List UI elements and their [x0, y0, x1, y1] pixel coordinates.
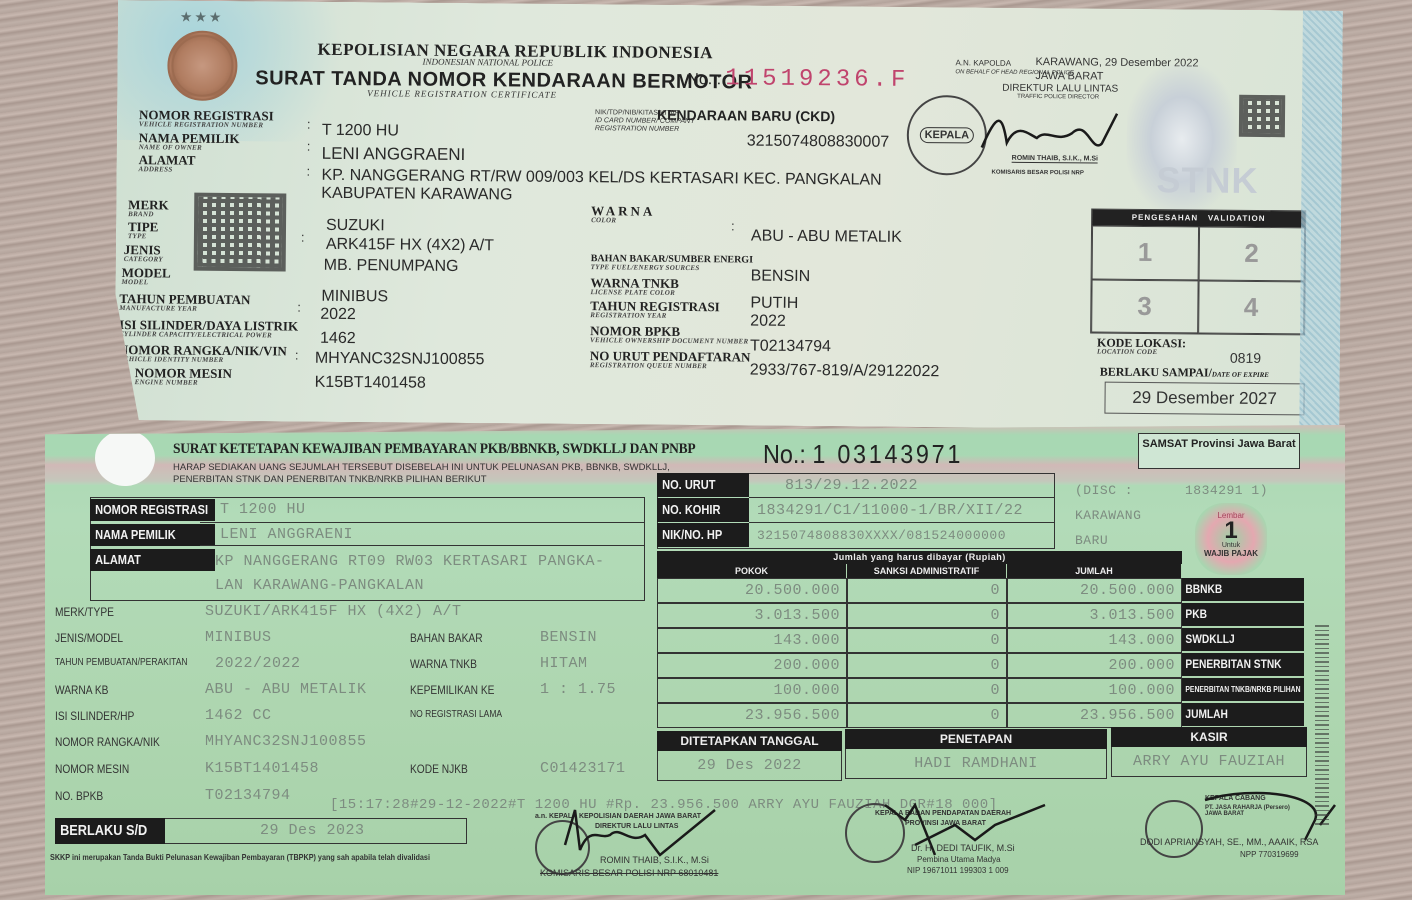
payment-jumlah: 143.000 — [1007, 628, 1182, 653]
engine-number: K15BT1401458 — [315, 374, 426, 393]
skkp-tax-receipt: SURAT KETETAPAN KEWAJIBAN PEMBAYARAN PKB… — [45, 425, 1345, 895]
vehicle-field-label: WARNA KB — [55, 683, 108, 697]
label-address: ALAMATADDRESS — [138, 153, 195, 173]
approval-date-value: 29 Des 2022 — [657, 751, 842, 781]
vin: MHYANC32SNJ100855 — [315, 350, 485, 369]
payment-caption: Jumlah yang harus dibayar (Rupiah) — [657, 551, 1182, 564]
label-vin: NOMOR RANGKA/NIK/VINVEHICLE IDENTITY NUM… — [119, 343, 287, 364]
side-barcode-icon — [1315, 625, 1329, 825]
sheet-badge-line: Untuk — [1195, 542, 1267, 549]
vehicle-field-label: NO. BPKB — [55, 789, 103, 803]
payment-sanksi: 0 — [847, 703, 1007, 728]
footer-note: SKKP ini merupakan Tanda Bukti Pelunasan… — [50, 852, 430, 862]
colon: : — [306, 164, 310, 179]
colon: : — [297, 300, 301, 315]
label-no-kohir: NO. KOHIR — [657, 498, 749, 522]
assessor-label: PENETAPAN — [845, 729, 1107, 749]
kohir-number: 1834291/C1/11000-1/BR/XII/22 — [757, 502, 1023, 519]
punch-hole — [95, 430, 155, 486]
colon: : — [301, 230, 305, 245]
assessor-value: HADI RAMDHANI — [845, 749, 1107, 779]
payment-row: 143.0000143.000SWDKLLJ — [657, 628, 1304, 653]
signatory-3-name: DODI APRIANSYAH, SE., MM., AAAIK, RSA — [1140, 837, 1318, 847]
vehicle-field-value: ABU - ABU METALIK — [205, 681, 367, 698]
signatory-1-id: KOMISARIS BESAR POLISI NRP 68010481 — [540, 868, 718, 878]
vehicle-field-label: ISI SILINDER/HP — [55, 709, 134, 723]
payment-sanksi: 0 — [847, 603, 1007, 628]
stars-icon: ★★★ — [180, 9, 224, 26]
qr-code-icon — [194, 193, 287, 272]
label-cylinder: ISI SILINDER/DAYA LISTRIKCYLINDER CAPACI… — [119, 318, 298, 340]
payment-row: 20.500.000020.500.000BBNKB — [657, 578, 1304, 603]
vehicle-status: KENDARAAN BARU (CKD) — [657, 107, 835, 125]
vehicle-field-value: 2022/2022 — [215, 655, 301, 672]
payment-pokok: 143.000 — [657, 628, 847, 653]
label-no-urut: NO. URUT — [657, 473, 749, 497]
vehicle-field-label: KEPEMILIKAN KE — [410, 683, 494, 697]
validation-table: PENGESAHAN VALIDATION 1 2 3 4 — [1090, 209, 1306, 336]
label-nama-pemilik: NAMA PEMILIK — [90, 524, 215, 546]
vehicle-field-label: TAHUN PEMBUATAN/PERAKITAN — [55, 657, 188, 668]
address-line2: LAN KARAWANG-PANGKALAN — [215, 577, 424, 594]
payment-rows: 20.500.000020.500.000BBNKB3.013.50003.01… — [657, 578, 1304, 728]
police-emblem-icon — [167, 30, 238, 101]
queue-number: 813/29.12.2022 — [785, 477, 918, 494]
issuer-position-en: TRAFFIC POLICE DIRECTOR — [1017, 94, 1099, 101]
label-owner-name: NAMA PEMILIKNAME OF OWNER — [139, 131, 240, 152]
registration-kind: BARU — [1075, 533, 1108, 548]
payment-pokok: 100.000 — [657, 678, 847, 703]
skkp-note: HARAP SEDIAKAN UANG SEJUMLAH TERSEBUT DI… — [173, 462, 673, 486]
label-registration-year: TAHUN REGISTRASIREGISTRATION YEAR — [590, 299, 720, 320]
vehicle-field-value: C01423171 — [540, 760, 626, 777]
color: ABU - ABU METALIK — [751, 228, 902, 247]
label-manufacture-year: TAHUN PEMBUATANMANUFACTURE YEAR — [119, 292, 250, 313]
divider — [749, 497, 1055, 498]
label-location-code: KODE LOKASI:LOCATION CODE — [1097, 337, 1186, 357]
signatory-1-name: ROMIN THAIB, S.I.K., M.Si — [600, 855, 709, 865]
label-valid-until: BERLAKU S/D — [55, 818, 165, 844]
samsat-label: SAMSAT Provinsi Jawa Barat — [1138, 433, 1300, 469]
label-fuel: BAHAN BAKAR/SUMBER ENERGITYPE FUEL/ENERG… — [591, 254, 753, 272]
label-queue-number: NO URUT PENDAFTARANREGISTRATION QUEUE NU… — [590, 349, 751, 370]
validation-cell: 4 — [1198, 280, 1305, 334]
payment-pokok: 23.956.500 — [657, 703, 847, 728]
qr-code-small-icon — [1239, 95, 1285, 137]
label-nomor-registrasi: NOMOR REGISTRASI — [90, 499, 215, 521]
payment-sanksi: 0 — [847, 653, 1007, 678]
payment-jumlah: 100.000 — [1007, 678, 1182, 703]
signatory-3-id: NPP 770319699 — [1240, 850, 1299, 859]
owner-name: LENI ANGGRAENI — [220, 526, 353, 543]
validation-cell: 3 — [1091, 279, 1198, 333]
vehicle-field-value: 1 : 1.75 — [540, 681, 616, 698]
signatory-2-nip: NIP 19671011 199303 1 009 — [907, 866, 1009, 875]
label-engine-number: NOMOR MESINENGINE NUMBER — [135, 366, 232, 387]
validation-header: PENGESAHAN VALIDATION — [1092, 210, 1305, 228]
issuer-name: ROMIN THAIB, S.I.K., M.Si — [1012, 155, 1098, 164]
stnk-certificate: ★★★ KEPOLISIAN NEGARA REPUBLIK INDONESIA… — [114, 0, 1343, 431]
colon: : — [295, 348, 299, 363]
agency-title-en: INDONESIAN NATIONAL POLICE — [422, 57, 553, 68]
payment-pokok: 20.500.000 — [657, 578, 847, 603]
hologram-text: STNK — [1156, 159, 1258, 202]
brand: SUZUKI — [326, 217, 385, 236]
label-nik-hp: NIK/NO. HP — [657, 523, 749, 547]
cylinder-capacity: 1462 — [320, 330, 356, 348]
samsat-office: KARAWANG — [1075, 508, 1141, 523]
vehicle-field-label: JENIS/MODEL — [55, 631, 123, 645]
label-model: MODELMODEL — [122, 266, 171, 286]
payment-table: POKOK SANKSI ADMINISTRATIF JUMLAH 20.500… — [657, 564, 1304, 728]
payment-label: PKB — [1182, 603, 1304, 628]
doc-number-label: No. : — [687, 71, 721, 89]
fuel: BENSIN — [751, 268, 811, 287]
registration-number: T 1200 HU — [322, 122, 399, 141]
vehicle-field-value: K15BT1401458 — [205, 760, 319, 777]
assessor: PENETAPAN HADI RAMDHANI — [845, 729, 1107, 779]
issuer-rank: KOMISARIS BESAR POLISI NRP — [992, 170, 1084, 177]
payment-label: PENERBITAN STNK — [1182, 653, 1304, 678]
label-alamat: ALAMAT — [90, 549, 215, 571]
vehicle-field-value: SUZUKI/ARK415F HX (4X2) A/T — [205, 603, 462, 620]
location-code: 0819 — [1230, 350, 1261, 366]
col-pokok: POKOK — [657, 564, 847, 578]
vehicle-field-label: NOMOR RANGKA/NIK — [55, 735, 160, 749]
label-bpkb-number: NOMOR BPKBVEHICLE OWNERSHIP DOCUMENT NUM… — [590, 324, 749, 345]
approval-date-label: DITETAPKAN TANGGAL — [657, 731, 842, 751]
queue-number: 2933/767-819/A/29122022 — [750, 362, 940, 382]
cashier: KASIR ARRY AYU FAUZIAH — [1111, 727, 1307, 777]
payment-jumlah: 20.500.000 — [1007, 578, 1182, 603]
registration-year: 2022 — [750, 313, 786, 331]
nik-phone: 3215074808830XXXX/081524000000 — [757, 528, 1006, 543]
nik-number: 3215074808830007 — [747, 132, 890, 151]
payment-label: JUMLAH — [1182, 703, 1304, 728]
certificate-title-en: VEHICLE REGISTRATION CERTIFICATE — [367, 88, 557, 100]
signatory-2-name: Dr. H. DEDI TAUFIK, M.Si — [911, 843, 1015, 853]
vehicle-field-value: BENSIN — [540, 629, 597, 646]
address-line2: KABUPATEN KARAWANG — [321, 185, 512, 205]
vehicle-field-label: MERK/TYPE — [55, 605, 114, 619]
cashier-value: ARRY AYU FAUZIAH — [1111, 747, 1307, 777]
sheet-badge-bottom: WAJIB PAJAK — [1195, 549, 1267, 558]
col-sanksi: SANKSI ADMINISTRATIF — [847, 564, 1007, 578]
category: MB. PENUMPANG — [324, 257, 459, 276]
vehicle-field-label: NO REGISTRASI LAMA — [410, 709, 502, 720]
payment-jumlah: 200.000 — [1007, 653, 1182, 678]
label-expiry: BERLAKU SAMPAI/DATE OF EXPIRE — [1100, 366, 1269, 379]
issuer-region: JAWA BARAT — [1035, 70, 1103, 83]
sheet-number: 1 — [1195, 520, 1267, 542]
valid-until-date: 29 Des 2023 — [260, 822, 365, 839]
expiry-date: 29 Desember 2027 — [1104, 382, 1304, 416]
owner-name: LENI ANGGRAENI — [322, 144, 466, 165]
validation-cell: 1 — [1092, 226, 1199, 280]
colon: : — [731, 218, 735, 233]
manufacture-year: 2022 — [320, 306, 356, 324]
divider — [200, 545, 645, 546]
vehicle-field-value: MHYANC32SNJ100855 — [205, 733, 367, 750]
payment-row: 3.013.50003.013.500PKB — [657, 603, 1304, 628]
payment-row: 200.0000200.000PENERBITAN STNK — [657, 653, 1304, 678]
payment-sanksi: 0 — [847, 678, 1007, 703]
label-type: TIPETYPE — [128, 220, 159, 240]
vehicle-field-value: HITAM — [540, 655, 588, 672]
signatory-2-id: Pembina Utama Madya — [917, 855, 1001, 864]
divider — [200, 522, 645, 523]
vehicle-field-label: BAHAN BAKAR — [410, 631, 483, 645]
official-stamp: KEPALA — [907, 95, 988, 176]
divider — [749, 522, 1055, 523]
vehicle-field-label: KODE NJKB — [410, 762, 468, 776]
payment-pokok: 3.013.500 — [657, 603, 847, 628]
skkp-title: SURAT KETETAPAN KEWAJIBAN PEMBAYARAN PKB… — [173, 441, 695, 458]
payment-header: POKOK SANKSI ADMINISTRATIF JUMLAH — [657, 564, 1304, 578]
label-category: JENISCATEGORY — [124, 243, 163, 263]
payment-sanksi: 0 — [847, 578, 1007, 603]
address-line1: KP NANGGERANG RT09 RW03 KERTASARI PANGKA… — [215, 553, 605, 570]
model: MINIBUS — [321, 288, 388, 307]
vehicle-field-value: 1462 CC — [205, 707, 272, 724]
disc-value: 1834291 1) — [1185, 483, 1268, 498]
vehicle-field-value: T02134794 — [205, 787, 291, 804]
vehicle-field-label: NOMOR MESIN — [55, 762, 129, 776]
payment-label: SWDKLLJ — [1182, 628, 1304, 653]
payment-pokok: 200.000 — [657, 653, 847, 678]
payment-jumlah: 3.013.500 — [1007, 603, 1182, 628]
type: ARK415F HX (4X2) A/T — [326, 236, 494, 255]
payment-label: BBNKB — [1182, 578, 1304, 603]
colon: : — [307, 117, 311, 132]
payment-jumlah: 23.956.500 — [1007, 703, 1182, 728]
skkp-doc-number: No.: 1 03143971 — [763, 439, 963, 470]
cashier-label: KASIR — [1111, 727, 1307, 747]
bpkb-number: T02134794 — [750, 338, 831, 357]
validation-cell: 2 — [1198, 226, 1305, 280]
vehicle-field-value: MINIBUS — [205, 629, 272, 646]
payment-sanksi: 0 — [847, 628, 1007, 653]
label-brand: MERKBRAND — [128, 198, 169, 218]
plate-color: PUTIH — [750, 295, 798, 313]
label-registration-number: NOMOR REGISTRASIVEHICLE REGISTRATION NUM… — [139, 108, 274, 129]
colon: : — [307, 139, 311, 154]
label-plate-color: WARNA TNKBLICENSE PLATE COLOR — [590, 276, 678, 297]
payment-label: PENERBITAN TNKB/NRKB PILIHAN — [1182, 678, 1304, 703]
payment-row: 100.0000100.000PENERBITAN TNKB/NRKB PILI… — [657, 678, 1304, 703]
approval-date: DITETAPKAN TANGGAL 29 Des 2022 — [657, 731, 842, 781]
doc-number: 11519236.F — [725, 65, 909, 94]
disc-label: (DISC : — [1075, 483, 1133, 498]
vehicle-field-label: WARNA TNKB — [410, 657, 477, 671]
label-color: WARNACOLOR — [591, 204, 655, 225]
registration-number: T 1200 HU — [220, 501, 306, 518]
payment-row: 23.956.500023.956.500JUMLAH — [657, 703, 1304, 728]
col-jumlah: JUMLAH — [1007, 564, 1182, 578]
